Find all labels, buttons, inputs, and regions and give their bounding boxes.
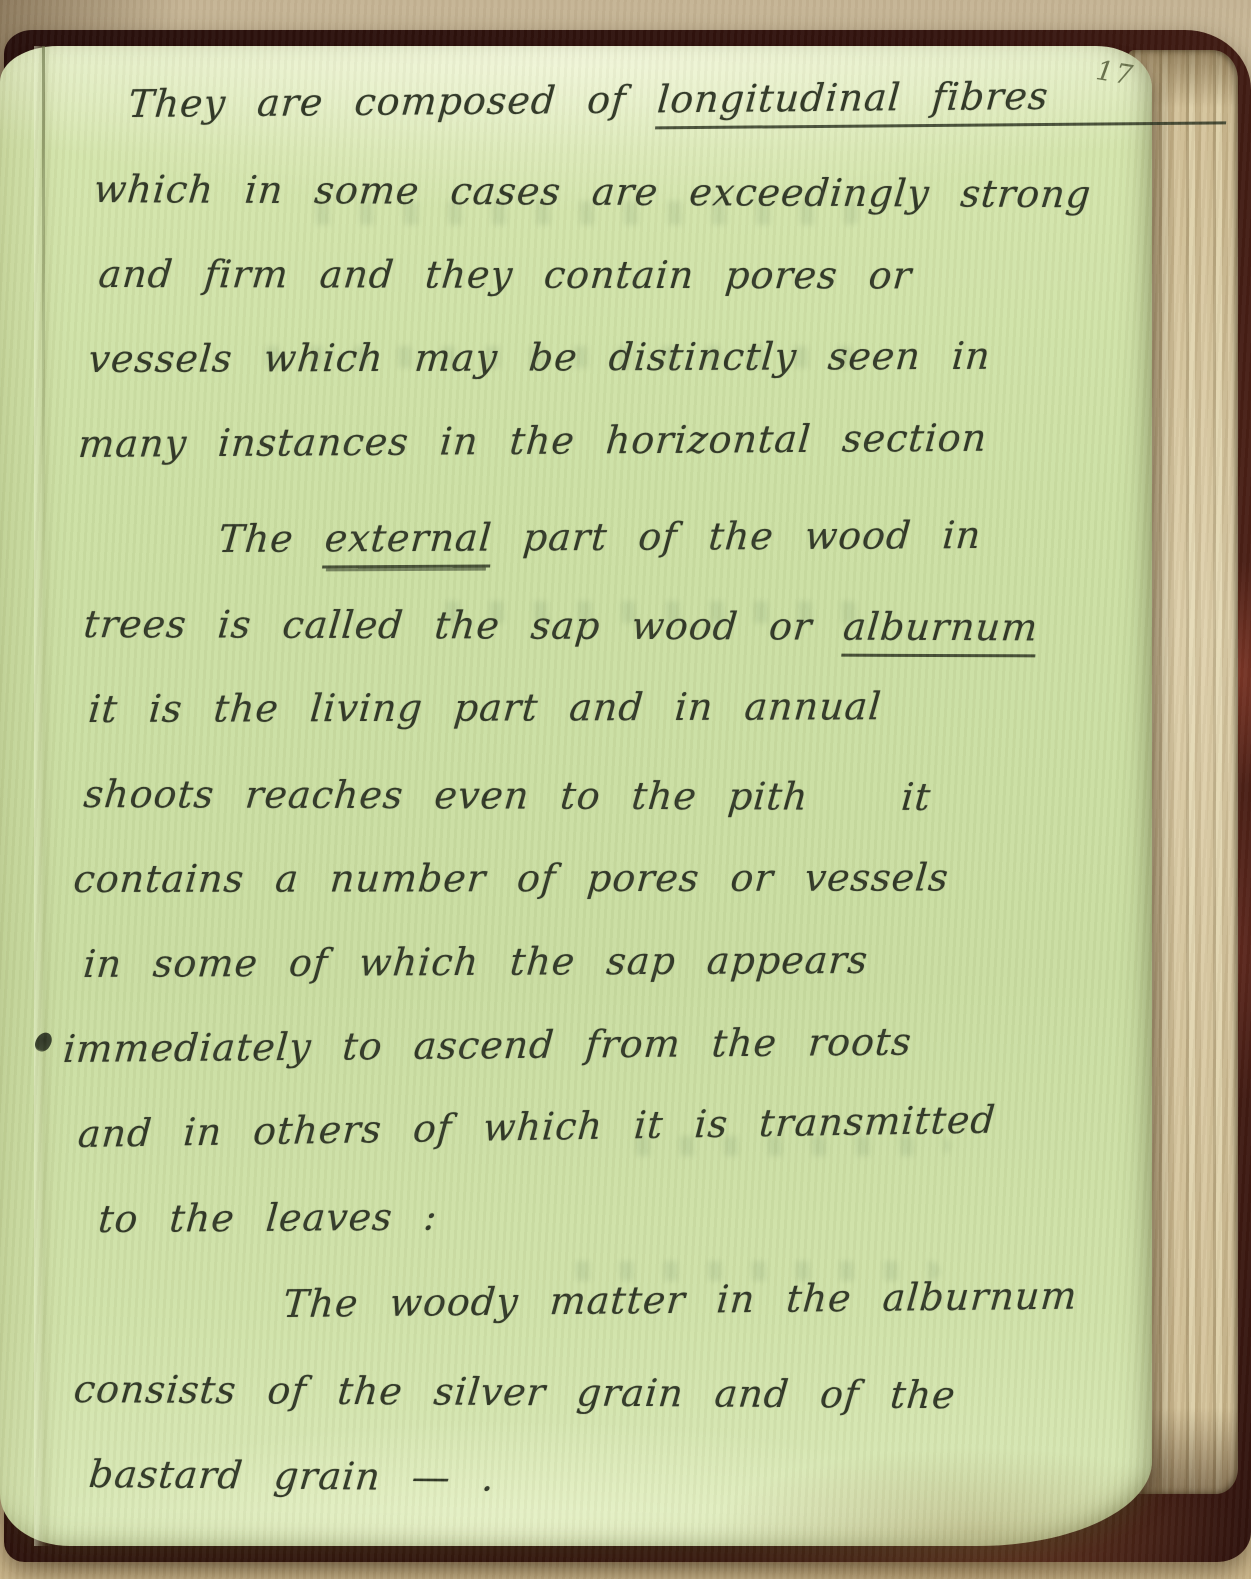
manuscript-line: contains a number of pores or vessels <box>70 835 1159 922</box>
underlined-handwritten-text: external <box>322 516 493 569</box>
manuscript-line: The external part of the wood in <box>215 492 1159 582</box>
handwritten-text: contains a number of pores or vessels <box>72 855 951 901</box>
handwritten-text: They are composed of <box>127 77 660 126</box>
handwritten-text: many instances in the horizontal section <box>77 416 989 466</box>
manuscript-line: consists of the silver grain and of the <box>70 1347 1160 1439</box>
handwritten-text: to the leaves : <box>97 1195 440 1241</box>
handwritten-text: trees is called the sap wood or <box>82 602 846 649</box>
manuscript-line: vessels which may be distinctly seen in <box>85 313 1159 402</box>
handwritten-text: it is the living part and in annual <box>87 684 884 731</box>
handwritten-text: immediately to ascend from the roots <box>62 1020 914 1071</box>
manuscript-line: The woody matter in the alburnum <box>280 1253 1158 1347</box>
manuscript-line: it is the living part and in annual <box>85 663 1159 752</box>
underlined-handwritten-text: longitudinal fibres <box>655 72 1230 129</box>
handwritten-text: part of the wood in <box>490 513 983 560</box>
manuscript-line: bastard grain — . <box>85 1432 1160 1526</box>
manuscript-line: They are composed of longitudinal fibres <box>125 53 1159 147</box>
manuscript-line: many instances in the horizontal section <box>75 394 1159 487</box>
manuscript-lines: They are composed of longitudinal fibres… <box>0 46 1152 1546</box>
handwritten-text: consists of the silver grain and of the <box>72 1367 958 1417</box>
manuscript-line: trees is called the sap wood or alburnum <box>80 582 1160 671</box>
manuscript-line: in some of which the sap appears <box>80 916 1159 1007</box>
manuscript-line: shoots reaches even to the pith it <box>80 752 1160 841</box>
manuscript-line: which in some cases are exceedingly stro… <box>90 147 1160 238</box>
handwritten-text: The <box>217 516 327 561</box>
manuscript-line: and firm and they contain pores or <box>95 232 1160 319</box>
manuscript-line: and in others of which it is transmitted <box>75 1075 1158 1177</box>
handwritten-text: shoots reaches even to the pith it <box>82 772 933 819</box>
underlined-handwritten-text: alburnum <box>841 605 1040 658</box>
handwritten-text: vessels which may be distinctly seen in <box>87 334 993 381</box>
handwritten-text: which in some cases are exceedingly stro… <box>92 167 1093 216</box>
handwritten-text: The woody matter in the alburnum <box>282 1274 1080 1326</box>
handwritten-text: and firm and they contain pores or <box>97 252 914 297</box>
handwritten-text: bastard grain — . <box>87 1452 497 1500</box>
manuscript-line: to the leaves : <box>95 1170 1159 1262</box>
handwritten-text: and in others of which it is transmitted <box>77 1098 998 1156</box>
photograph-of-notebook: 17 They are composed of longitudinal fib… <box>0 0 1251 1579</box>
manuscript-page: 17 They are composed of longitudinal fib… <box>0 46 1152 1546</box>
handwritten-text: in some of which the sap appears <box>82 938 870 986</box>
